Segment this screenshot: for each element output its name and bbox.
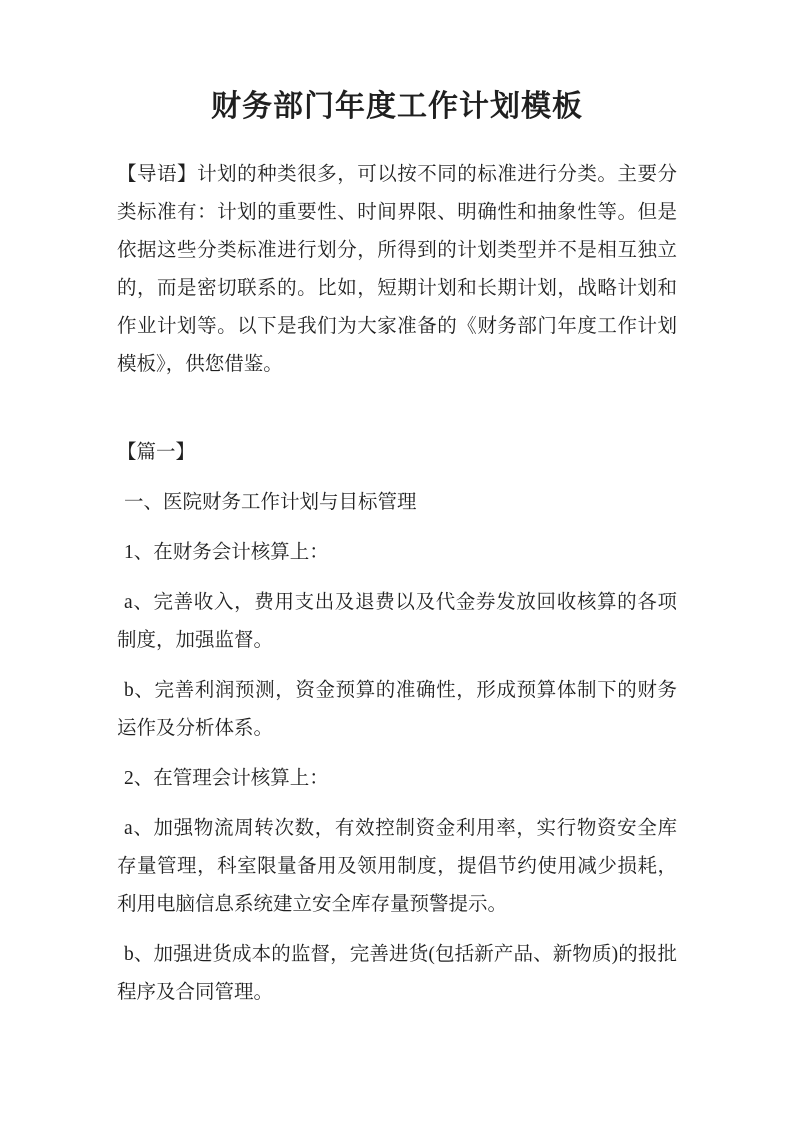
document-page: 财务部门年度工作计划模板 【导语】计划的种类很多，可以按不同的标准进行分类。主要… — [0, 0, 793, 1122]
item-a-financial-accounting: a、完善收入，费用支出及退费以及代金券发放回收核算的各项制度，加强监督。 — [117, 584, 677, 660]
intro-paragraph: 【导语】计划的种类很多，可以按不同的标准进行分类。主要分类标准有：计划的重要性、… — [117, 156, 677, 384]
item-b-financial-accounting: b、完善利润预测，资金预算的准确性，形成预算体制下的财务运作及分析体系。 — [117, 672, 677, 748]
heading-hospital-finance-plan: 一、医院财务工作计划与目标管理 — [117, 484, 677, 522]
subheading-financial-accounting: 1、在财务会计核算上： — [117, 534, 677, 572]
item-b-management-accounting: b、加强进货成本的监督，完善进货(包括新产品、新物质)的报批程序及合同管理。 — [117, 936, 677, 1012]
item-a-management-accounting: a、加强物流周转次数，有效控制资金利用率，实行物资安全库存量管理，科室限量备用及… — [117, 810, 677, 924]
page-title: 财务部门年度工作计划模板 — [117, 86, 677, 128]
subheading-management-accounting: 2、在管理会计核算上： — [117, 760, 677, 798]
section-one-label: 【篇一】 — [117, 434, 677, 472]
